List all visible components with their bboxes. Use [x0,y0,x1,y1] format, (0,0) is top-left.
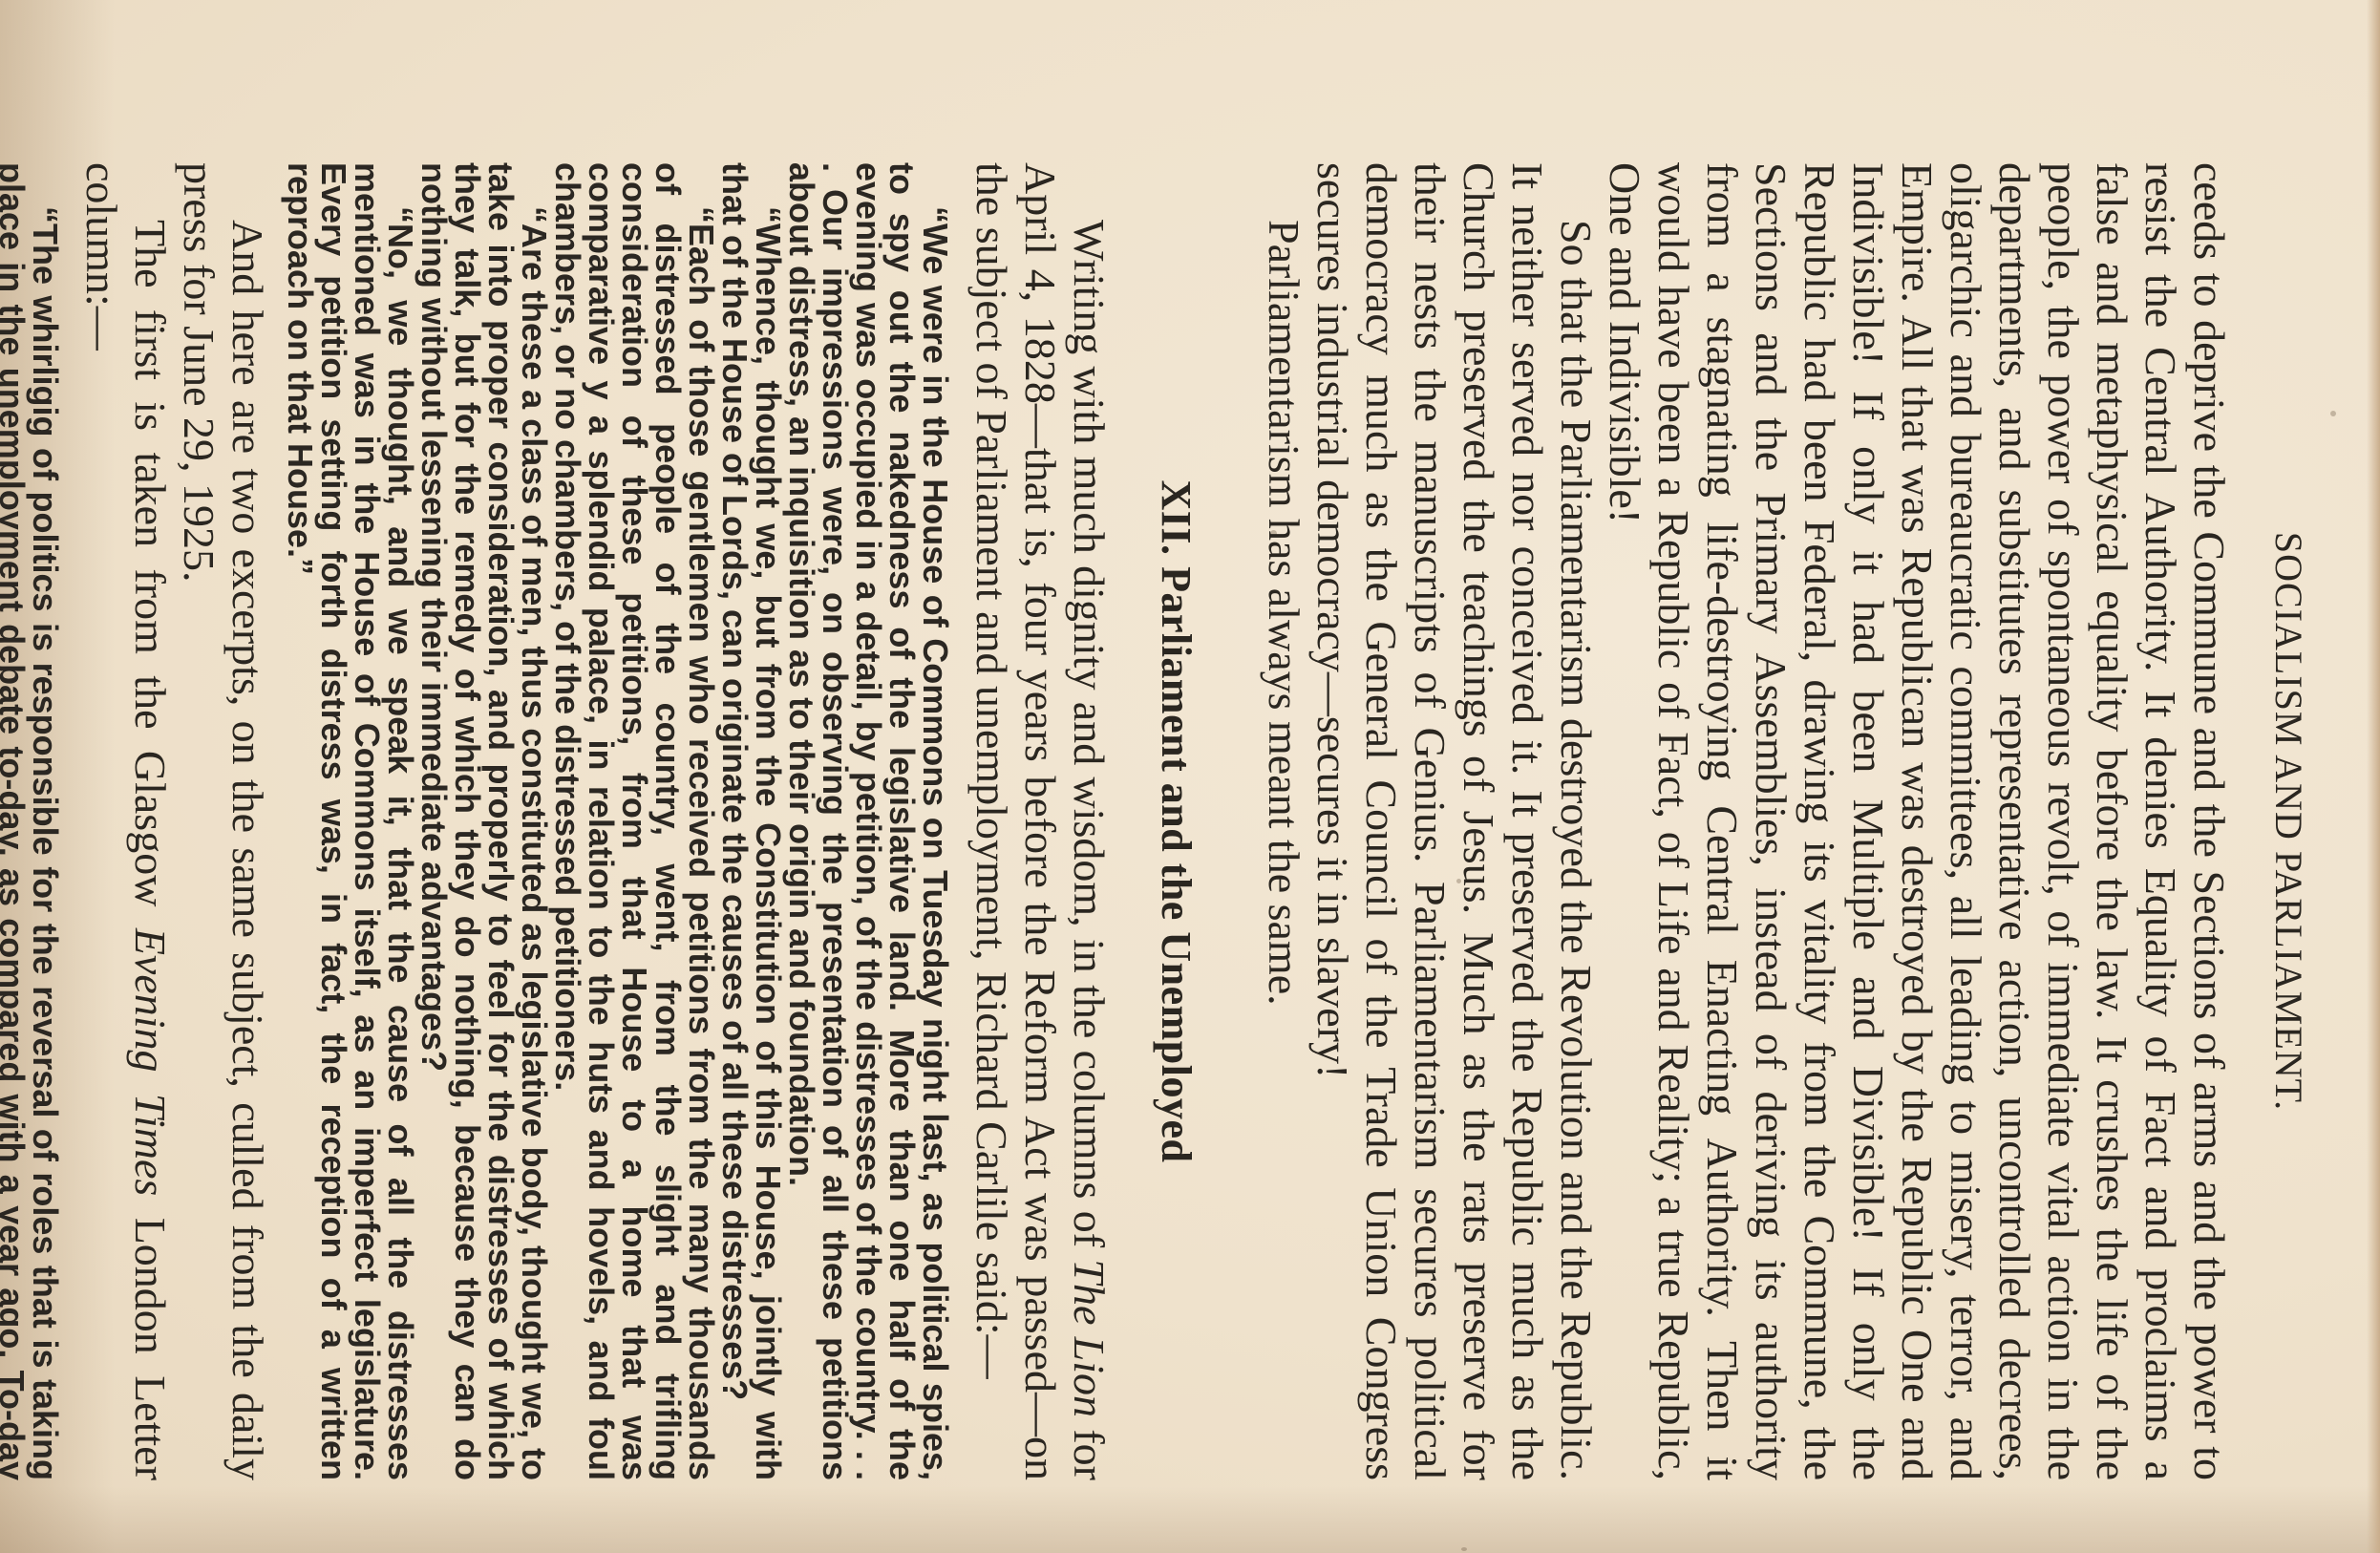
newspaper-title: Evening Times [126,928,175,1196]
paragraph-parliamentarism-destroyed: So that the Parliamentarism destroyed th… [1308,162,1601,1480]
quote-paragraph: “Each of those gentlemen who received pe… [551,162,718,1480]
section-heading: XII. Parliament and the Unemployed [1152,162,1201,1480]
scanned-book-page: SOCIALISM AND PARLIAMENT. ceeds to depri… [0,0,2380,1553]
publication-title: The Lion [1065,1259,1114,1417]
running-head: SOCIALISM AND PARLIAMENT. [2266,162,2311,1480]
intro-text-part: Writing with much dignity and wisdom, in… [1065,220,1114,1259]
excerpts-text: And here are two excerpts, on the same s… [77,162,272,1480]
paragraph-first-excerpt: The first is taken from the Glasgow Even… [77,162,175,1480]
paragraph-always-meant-same: Parliamentarism has always meant the sam… [1260,162,1308,1480]
evening-times-quote: “The whirligig of politics is responsibl… [0,162,62,1480]
bottom-shadow [0,1486,2380,1553]
body-text: ceeds to deprive the Commune and the Sec… [1260,162,2234,1480]
quote-paragraph: “Whence, thought we, but from the Consti… [718,162,785,1480]
intro-paragraph: Writing with much dignity and wisdom, in… [967,162,1114,1480]
section-title: Parliament and the Unemployed [1153,566,1200,1162]
page-edge [2367,0,2380,1553]
intro-text: Writing with much dignity and wisdom, in… [967,162,1114,1480]
book-page: SOCIALISM AND PARLIAMENT. ceeds to depri… [143,162,2330,1480]
carlile-quote: “We were in the House of Commons on Tues… [284,162,952,1480]
section-number: XII. [1153,480,1200,556]
quote-paragraph: “Are these a class of men, thus constitu… [417,162,551,1480]
quote-paragraph: “The whirligig of politics is responsibl… [0,162,62,1480]
paragraph-excerpts: And here are two excerpts, on the same s… [175,162,272,1480]
quote-paragraph: “No, we thought, and we speak it, that t… [284,162,417,1480]
quote-paragraph: “We were in the House of Commons on Tues… [785,162,952,1480]
paper-speck [1461,1547,1467,1551]
opening-paragraph: ceeds to deprive the Commune and the Sec… [1601,162,2234,1480]
excerpt-text-part: The first is taken from the Glasgow [126,220,175,928]
paper-speck [2330,411,2336,416]
